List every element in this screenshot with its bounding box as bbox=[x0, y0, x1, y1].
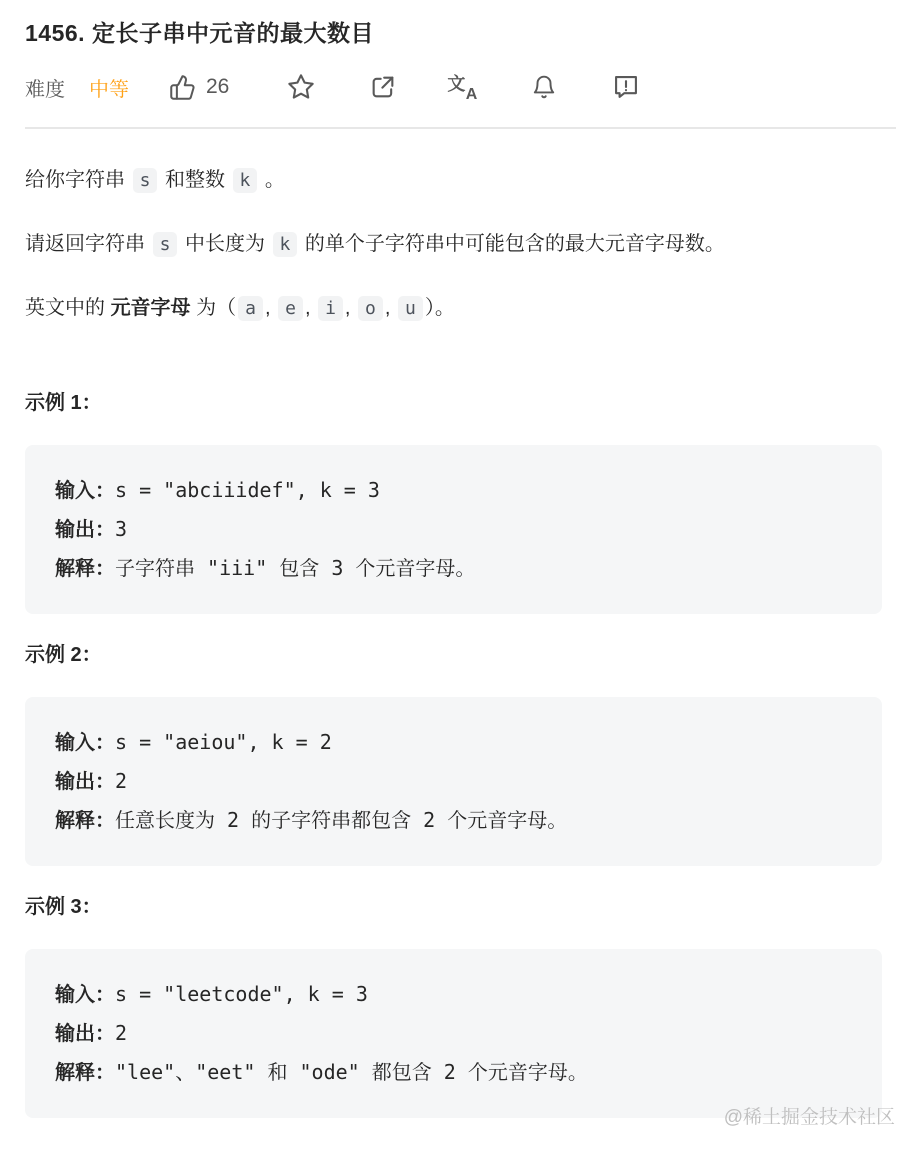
divider bbox=[25, 127, 896, 129]
inline-code-a: a bbox=[238, 296, 263, 321]
example-input-line: 输入：s = "abciiidef", k = 3 bbox=[55, 471, 852, 510]
inline-code-e: e bbox=[278, 296, 303, 321]
example-explain-line: 解释：子字符串 "iii" 包含 3 个元音字母。 bbox=[55, 549, 852, 588]
bell-icon[interactable] bbox=[531, 74, 557, 100]
share-icon[interactable] bbox=[369, 73, 397, 101]
text-segment: 和整数 bbox=[159, 169, 230, 191]
inline-code-u: u bbox=[398, 296, 423, 321]
text-segment: 为（ bbox=[191, 297, 237, 319]
text-segment: 请返回字符串 bbox=[25, 233, 151, 255]
output-label: 输出： bbox=[55, 1023, 115, 1045]
example-section-1: 示例 1： 输入：s = "abciiidef", k = 3 输出：3 解释：… bbox=[25, 390, 896, 614]
text-segment: 英文中的 bbox=[25, 297, 111, 319]
example-section-3: 示例 3： 输入：s = "leetcode", k = 3 输出：2 解释："… bbox=[25, 894, 896, 1118]
input-value: s = "abciiidef", k = 3 bbox=[115, 478, 380, 502]
explain-value: 子字符串 "iii" 包含 3 个元音字母。 bbox=[115, 556, 475, 580]
text-segment: , bbox=[305, 297, 316, 319]
translate-zh-glyph: 文 bbox=[447, 70, 465, 96]
example-input-line: 输入：s = "leetcode", k = 3 bbox=[55, 975, 852, 1014]
explain-label: 解释： bbox=[55, 558, 115, 580]
example-heading: 示例 1： bbox=[25, 390, 896, 416]
inline-code-i: i bbox=[318, 296, 343, 321]
example-code-block: 输入：s = "abciiidef", k = 3 输出：3 解释：子字符串 "… bbox=[25, 445, 882, 614]
inline-code-k: k bbox=[233, 168, 258, 193]
star-icon[interactable] bbox=[287, 73, 315, 101]
example-explain-line: 解释："lee"、"eet" 和 "ode" 都包含 2 个元音字母。 bbox=[55, 1053, 852, 1092]
translate-a-glyph: A bbox=[466, 86, 478, 104]
output-label: 输出： bbox=[55, 519, 115, 541]
input-value: s = "aeiou", k = 2 bbox=[115, 730, 332, 754]
feedback-icon[interactable] bbox=[612, 73, 640, 101]
text-segment: 给你字符串 bbox=[25, 169, 131, 191]
text-segment: 中长度为 bbox=[179, 233, 270, 255]
vowels-bold-term: 元音字母 bbox=[111, 297, 191, 319]
difficulty-label: 难度 bbox=[25, 73, 65, 102]
inline-code-s: s bbox=[133, 168, 158, 193]
problem-page: 1456. 定长子串中元音的最大数目 难度 中等 26 bbox=[0, 0, 922, 1118]
like-count: 26 bbox=[206, 75, 229, 99]
description-paragraph-3: 英文中的 元音字母 为（a, e, i, o, u）。 bbox=[25, 293, 896, 324]
difficulty-badge[interactable]: 中等 bbox=[89, 73, 129, 102]
like-button[interactable]: 26 bbox=[169, 74, 229, 101]
explain-value: "lee"、"eet" 和 "ode" 都包含 2 个元音字母。 bbox=[115, 1060, 588, 1084]
text-segment: , bbox=[345, 297, 356, 319]
example-input-line: 输入：s = "aeiou", k = 2 bbox=[55, 723, 852, 762]
example-heading: 示例 3： bbox=[25, 894, 896, 920]
text-segment: , bbox=[265, 297, 276, 319]
page-title: 1456. 定长子串中元音的最大数目 bbox=[25, 18, 896, 48]
example-output-line: 输出：2 bbox=[55, 1014, 852, 1053]
text-segment: 的单个子字符串中可能包含的最大元音字母数。 bbox=[299, 233, 725, 255]
meta-row: 难度 中等 26 文 bbox=[25, 72, 896, 102]
input-label: 输入： bbox=[55, 984, 115, 1006]
inline-code-s: s bbox=[153, 232, 178, 257]
translate-icon[interactable]: 文 A bbox=[447, 73, 477, 101]
output-label: 输出： bbox=[55, 771, 115, 793]
watermark: @稀土掘金技术社区 bbox=[724, 1102, 895, 1129]
description-paragraph-2: 请返回字符串 s 中长度为 k 的单个子字符串中可能包含的最大元音字母数。 bbox=[25, 229, 896, 260]
inline-code-o: o bbox=[358, 296, 383, 321]
text-segment: 。 bbox=[259, 169, 285, 191]
example-explain-line: 解释：任意长度为 2 的子字符串都包含 2 个元音字母。 bbox=[55, 801, 852, 840]
thumbs-up-icon[interactable] bbox=[169, 74, 196, 101]
explain-label: 解释： bbox=[55, 810, 115, 832]
explain-label: 解释： bbox=[55, 1062, 115, 1084]
text-segment: , bbox=[385, 297, 396, 319]
input-label: 输入： bbox=[55, 480, 115, 502]
output-value: 2 bbox=[115, 769, 127, 793]
inline-code-k: k bbox=[273, 232, 298, 257]
example-section-2: 示例 2： 输入：s = "aeiou", k = 2 输出：2 解释：任意长度… bbox=[25, 642, 896, 866]
explain-value: 任意长度为 2 的子字符串都包含 2 个元音字母。 bbox=[115, 808, 567, 832]
example-output-line: 输出：2 bbox=[55, 762, 852, 801]
input-label: 输入： bbox=[55, 732, 115, 754]
output-value: 2 bbox=[115, 1021, 127, 1045]
example-code-block: 输入：s = "leetcode", k = 3 输出：2 解释："lee"、"… bbox=[25, 949, 882, 1118]
example-code-block: 输入：s = "aeiou", k = 2 输出：2 解释：任意长度为 2 的子… bbox=[25, 697, 882, 866]
description-paragraph-1: 给你字符串 s 和整数 k 。 bbox=[25, 165, 896, 196]
example-output-line: 输出：3 bbox=[55, 510, 852, 549]
text-segment: ）。 bbox=[425, 297, 455, 319]
output-value: 3 bbox=[115, 517, 127, 541]
input-value: s = "leetcode", k = 3 bbox=[115, 982, 368, 1006]
example-heading: 示例 2： bbox=[25, 642, 896, 668]
